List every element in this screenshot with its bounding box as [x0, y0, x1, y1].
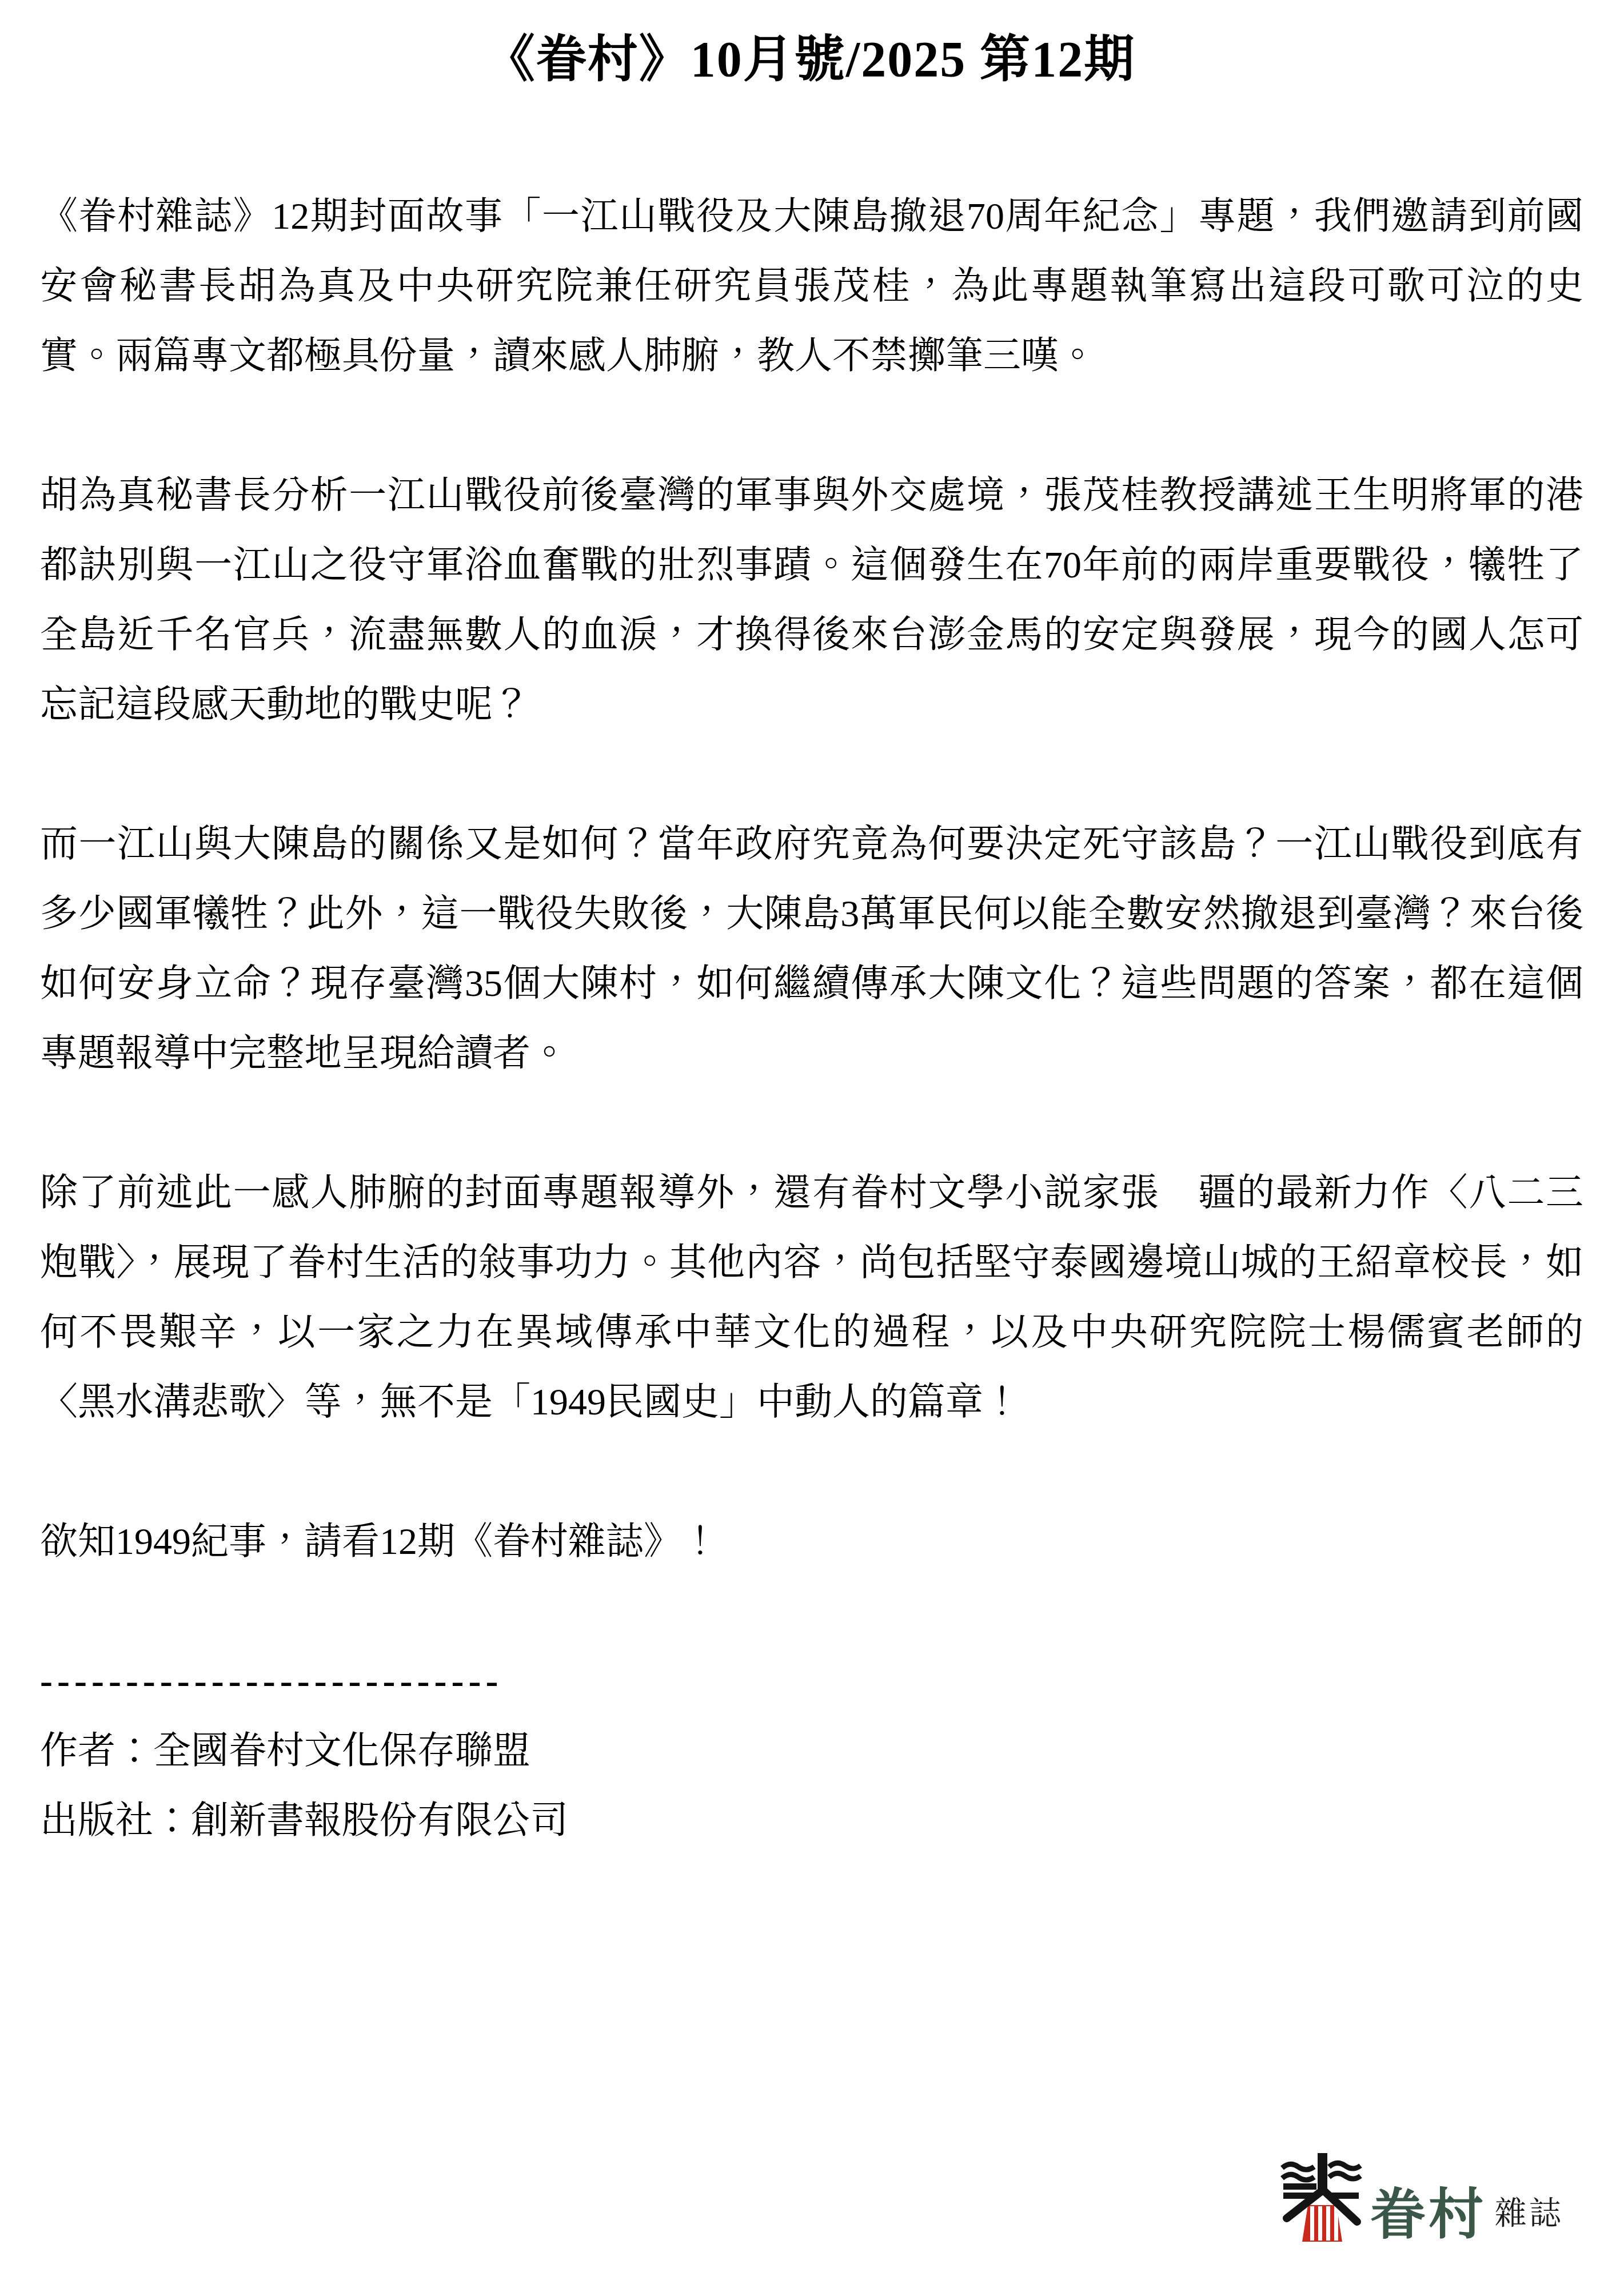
author-line: 作者：全國眷村文化保存聯盟 [40, 1716, 1583, 1786]
document-page: 《眷村》10月號/2025 第12期 《眷村雜誌》12期封面故事「一江山戰役及大… [0, 0, 1620, 2296]
page-title: 《眷村》10月號/2025 第12期 [0, 30, 1620, 90]
body-paragraph: 欲知1949紀事，請看12期《眷村雜誌》！ [40, 1507, 1583, 1577]
logo-subtext: 雜誌 [1495, 2198, 1563, 2230]
dashed-divider: --------------------------- [40, 1647, 1583, 1716]
publisher-line: 出版社：創新書報股份有限公司 [40, 1786, 1583, 1856]
body-paragraph: 胡為真秘書長分析一江山戰役前後臺灣的軍事與外交處境，張茂桂教授講述王生明將軍的港… [40, 461, 1583, 740]
body-paragraph: 《眷村雜誌》12期封面故事「一江山戰役及大陳島撤退70周年紀念」專題，我們邀請到… [40, 182, 1583, 391]
magazine-logo: 眷村 雜誌 [1276, 2152, 1563, 2243]
document-body: 《眷村雜誌》12期封面故事「一江山戰役及大陳島撤退70周年紀念」專題，我們邀請到… [40, 182, 1583, 1856]
body-paragraph: 除了前述此一感人肺腑的封面專題報導外，還有眷村文學小説家張 疆的最新力作〈八二三… [40, 1158, 1583, 1437]
body-paragraph: 而一江山與大陳島的關係又是如何？當年政府究竟為何要決定死守該島？一江山戰役到底有… [40, 810, 1583, 1089]
juancun-seal-icon [1276, 2152, 1362, 2243]
logo-wordmark: 眷村 [1370, 2187, 1487, 2242]
